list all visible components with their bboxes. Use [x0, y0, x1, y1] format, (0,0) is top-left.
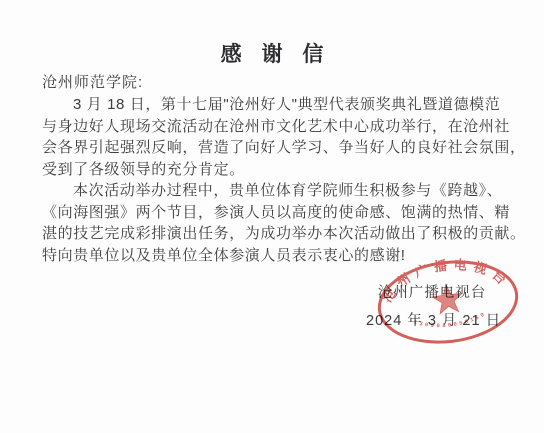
- letter-title: 感 谢 信: [0, 38, 544, 68]
- star-icon: [431, 282, 465, 314]
- thank-you-letter-document: 感 谢 信 沧州师范学院: 3 月 18 日，第十七届"沧州好人"典型代表颁奖典…: [0, 0, 544, 433]
- body-line: 会各界引起强烈反响，营造了向好人学习、争当好人的良好社会氛围，: [42, 137, 502, 159]
- official-seal-stamp: 沧州广播电视台 1309030058150: [372, 257, 524, 347]
- seal-serial: 1309030058150: [412, 309, 489, 333]
- body-line: 受到了各级领导的充分肯定。: [42, 159, 502, 181]
- body-line: 与身边好人现场交流活动在沧州市文化艺术中心成功举行，在沧州社: [42, 116, 502, 138]
- body-line: 3 月 18 日，第十七届"沧州好人"典型代表颁奖典礼暨道德模范: [42, 94, 502, 116]
- body-line: 本次活动举办过程中，贵单位体育学院师生积极参与《跨越》、: [42, 180, 502, 202]
- salutation: 沧州师范学院:: [42, 71, 143, 92]
- letter-body: 3 月 18 日，第十七届"沧州好人"典型代表颁奖典礼暨道德模范 与身边好人现场…: [42, 94, 502, 266]
- body-line: 湛的技艺完成彩排演出任务，为成功举办本次活动做出了积极的贡献。: [42, 223, 502, 245]
- body-line: 《向海图强》两个节目，参演人员以高度的使命感、饱满的热情、精: [42, 202, 502, 224]
